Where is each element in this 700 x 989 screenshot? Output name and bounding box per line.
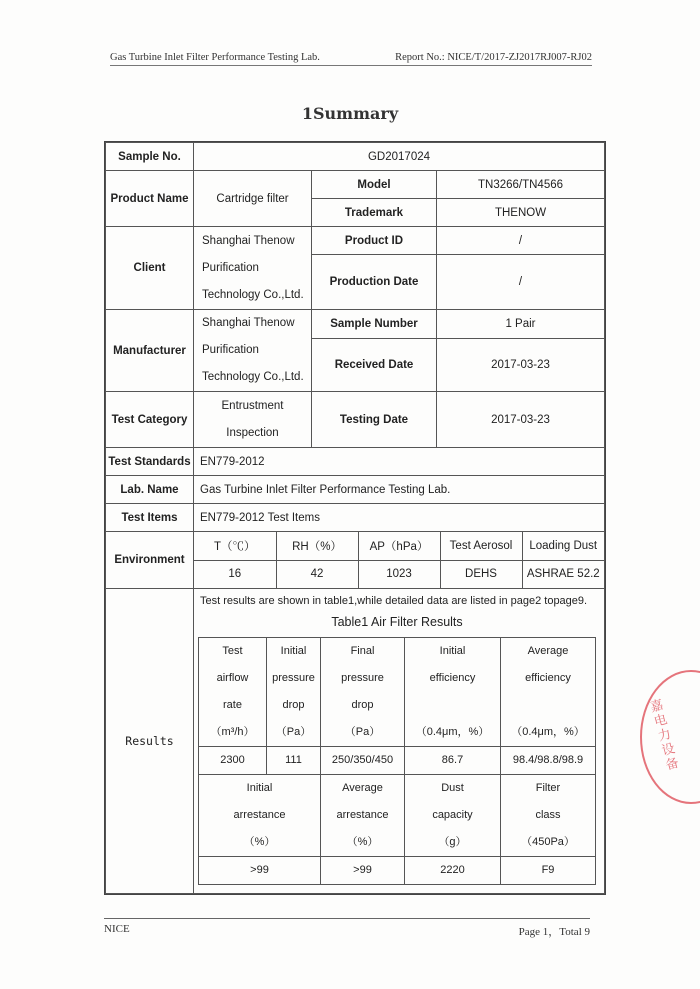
lab-name-value: Gas Turbine Inlet Filter Performance Tes… [194,476,605,504]
manufacturer-value: Shanghai Thenow Purification Technology … [194,310,312,392]
header-lab-name: Gas Turbine Inlet Filter Performance Tes… [110,52,320,63]
model-value: TN3266/TN4566 [437,171,605,199]
header-line: pressure [267,665,320,692]
results1-header-1: Initialpressuredrop（Pa） [267,638,321,747]
results2-header-3: Filterclass（450Pa） [501,775,596,857]
results-label: Results [106,589,194,894]
results1-value-4: 98.4/98.8/98.9 [501,747,596,775]
footer-org: NICE [104,923,130,939]
results2-value-2: 2220 [405,857,501,885]
sample-no-value: GD2017024 [194,143,605,171]
page-title: 1Summary [0,104,700,123]
test-category-value: Entrustment Inspection [194,392,312,448]
env-header-ap: AP（hPa） [358,532,440,560]
header-line: （0.4μm，%） [501,719,595,746]
model-label: Model [312,171,437,199]
results-table: Testairflowrate（m³/h）Initialpressuredrop… [198,637,596,775]
results-note: Test results are shown in table1,while d… [198,595,596,607]
header-line: Initial [199,775,320,802]
testing-date-label: Testing Date [312,392,437,448]
trademark-value: THENOW [437,199,605,227]
stamp-text: 嘉电力设备 [645,697,683,774]
results-table-2: Initialarrestance（%）Averagearrestance（%）… [198,774,596,885]
sample-number-value: 1 Pair [437,310,605,339]
header-line: （g） [405,829,500,856]
header-line: efficiency [405,665,500,692]
sample-no-label: Sample No. [106,143,194,171]
results2-header-1: Averagearrestance（%） [321,775,405,857]
header-line: Average [321,775,404,802]
environment-table: T（℃） RH（%） AP（hPa） Test Aerosol Loading … [194,532,605,589]
results1-value-3: 86.7 [405,747,501,775]
results1-value-2: 250/350/450 [321,747,405,775]
manufacturer-line: Purification [202,337,311,364]
header-line: pressure [321,665,404,692]
env-header-aerosol: Test Aerosol [440,532,522,560]
testing-date-value: 2017-03-23 [437,392,605,448]
production-date-label: Production Date [312,255,437,310]
header-line: efficiency [501,665,595,692]
header-line: Initial [405,638,500,665]
client-label: Client [106,227,194,310]
production-date-value: / [437,255,605,310]
header-line: （m³/h） [199,719,266,746]
page-number: Page 1，Total 9 [519,923,590,939]
header-report-no: Report No.: NICE/T/2017-ZJ2017RJ007-RJ02 [395,52,592,63]
header-line: arrestance [199,802,320,829]
env-value-aerosol: DEHS [440,560,522,588]
results-cell: Test results are shown in table1,while d… [194,589,605,894]
results2-value-3: F9 [501,857,596,885]
env-value-t: 16 [194,560,276,588]
header-line: drop [321,692,404,719]
env-value-ap: 1023 [358,560,440,588]
product-id-label: Product ID [312,227,437,255]
header-line: rate [199,692,266,719]
results1-value-1: 111 [267,747,321,775]
header-line: Filter [501,775,595,802]
test-items-value: EN779-2012 Test Items [194,504,605,532]
env-header-t: T（℃） [194,532,276,560]
header-line: Final [321,638,404,665]
env-header-rh: RH（%） [276,532,358,560]
results1-header-2: Finalpressuredrop（Pa） [321,638,405,747]
header-line: Average [501,638,595,665]
product-id-value: / [437,227,605,255]
received-date-label: Received Date [312,338,437,391]
results2-value-0: >99 [199,857,321,885]
header-line: （450Pa） [501,829,595,856]
received-date-value: 2017-03-23 [437,338,605,391]
header-line: Test [199,638,266,665]
header-line: drop [267,692,320,719]
manufacturer-line: Shanghai Thenow [202,310,311,337]
client-line: Purification [202,255,311,282]
header-line: （%） [199,829,320,856]
lab-name-label: Lab. Name [106,476,194,504]
env-value-rh: 42 [276,560,358,588]
header-line: （Pa） [321,719,404,746]
results1-header-4: Averageefficiency （0.4μm，%） [501,638,596,747]
results1-value-0: 2300 [199,747,267,775]
test-standards-value: EN779-2012 [194,448,605,476]
results1-header-3: Initialefficiency （0.4μm，%） [405,638,501,747]
results1-header-0: Testairflowrate（m³/h） [199,638,267,747]
header-line: arrestance [321,802,404,829]
summary-table: Sample No. GD2017024 Product Name Cartri… [104,141,606,895]
header-line: Initial [267,638,320,665]
header-line: （Pa） [267,719,320,746]
sample-number-label: Sample Number [312,310,437,339]
client-value: Shanghai Thenow Purification Technology … [194,227,312,310]
manufacturer-label: Manufacturer [106,310,194,392]
results2-header-0: Initialarrestance（%） [199,775,321,857]
client-line: Technology Co.,Ltd. [202,282,311,309]
header-line: airflow [199,665,266,692]
test-standards-label: Test Standards [106,448,194,476]
results2-header-2: Dustcapacity（g） [405,775,501,857]
environment-label: Environment [106,532,194,589]
manufacturer-line: Technology Co.,Ltd. [202,364,311,391]
results-table-title: Table1 Air Filter Results [198,615,596,629]
header-line [501,692,595,719]
env-header-dust: Loading Dust [522,532,604,560]
header-line: （%） [321,829,404,856]
page-header: Gas Turbine Inlet Filter Performance Tes… [110,52,592,66]
header-line: （0.4μm，%） [405,719,500,746]
client-line: Shanghai Thenow [202,228,311,255]
page-footer: NICE Page 1，Total 9 [104,918,590,939]
test-category-line: Inspection [194,420,311,447]
trademark-label: Trademark [312,199,437,227]
test-category-label: Test Category [106,392,194,448]
header-line [405,692,500,719]
product-name-value: Cartridge filter [194,171,312,227]
product-name-label: Product Name [106,171,194,227]
env-value-dust: ASHRAE 52.2 [522,560,604,588]
header-line: class [501,802,595,829]
header-line: capacity [405,802,500,829]
red-seal-stamp: 嘉电力设备 [640,670,700,804]
test-items-label: Test Items [106,504,194,532]
header-line: Dust [405,775,500,802]
results2-value-1: >99 [321,857,405,885]
test-category-line: Entrustment [194,393,311,420]
